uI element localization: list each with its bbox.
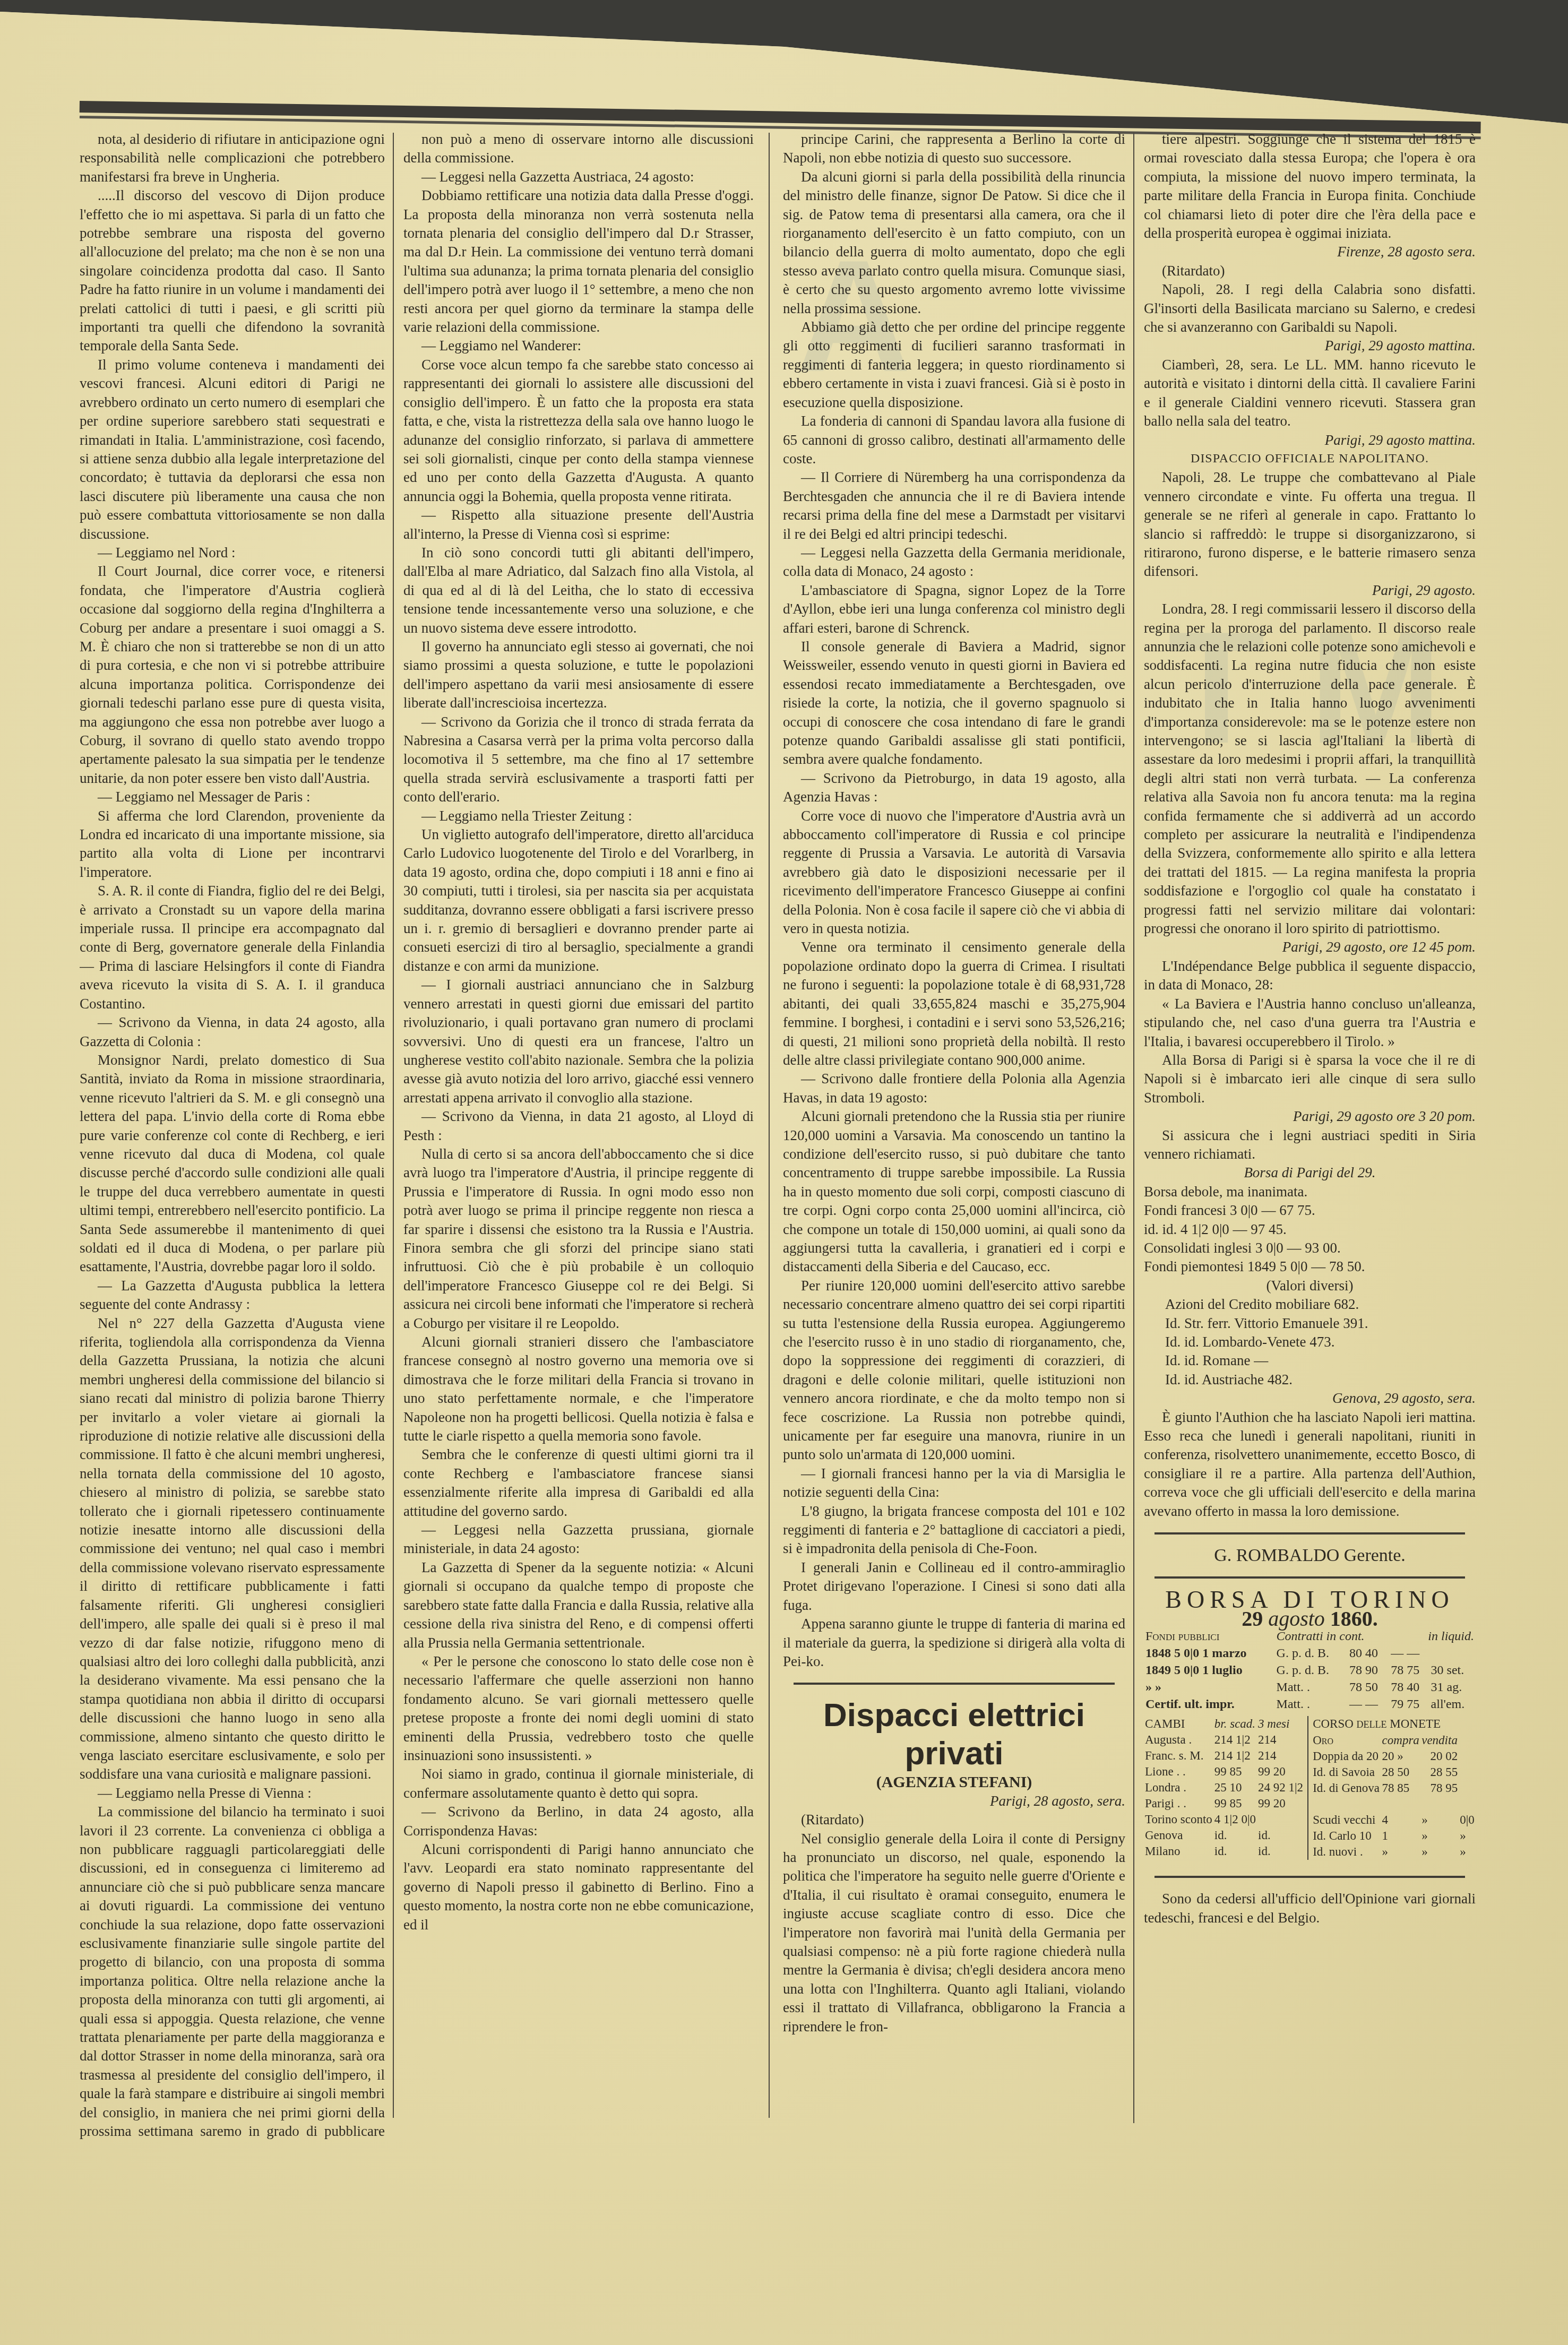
cambi-row-tre: 214 bbox=[1257, 1732, 1304, 1748]
date-day: 29 bbox=[1242, 1607, 1263, 1631]
article-paragraph: Alla Borsa di Parigi si è sparsa la voce… bbox=[1144, 1051, 1476, 1107]
fondi-row: Certif. ult. impr.Matt. .— —79 75all'em. bbox=[1144, 1696, 1476, 1713]
monete-row-vendita: 78 95 bbox=[1420, 1780, 1459, 1796]
cambi-row-br: id. bbox=[1213, 1827, 1257, 1843]
genova-body: È giunto l'Authion che ha lasciato Napol… bbox=[1144, 1408, 1476, 1521]
borsa-parigi-row: Consolidati inglesi 3 0|0 — 93 00. bbox=[1144, 1239, 1476, 1257]
borsa-parigi-status: Borsa debole, ma inanimata. bbox=[1144, 1183, 1476, 1201]
article-paragraph: Sembra che le conferenze di questi ultim… bbox=[403, 1445, 754, 1521]
aggio-row-name: Scudi vecchi bbox=[1312, 1812, 1381, 1828]
article-paragraph: — Rispetto alla situazione presente dell… bbox=[403, 506, 754, 544]
section-rule bbox=[1155, 1876, 1465, 1878]
fondi-row-fondo: Certif. ult. impr. bbox=[1144, 1696, 1275, 1713]
fondi-row: » »Matt. .78 5078 4031 ag. bbox=[1144, 1679, 1476, 1696]
cambi-row-tre bbox=[1257, 1812, 1304, 1827]
fondi-pubblici-table: Fondi pubblici Contratti in cont. in liq… bbox=[1144, 1628, 1476, 1713]
article-paragraph: Alcuni corrispondenti di Parigi hanno an… bbox=[403, 1840, 754, 1934]
column-divider bbox=[769, 133, 770, 2118]
fondi-row-liquid: — — bbox=[1389, 1645, 1429, 1662]
fondi-row: 1849 5 0|0 1 luglioG. p. d. B.78 9078 75… bbox=[1144, 1662, 1476, 1679]
valori-row-label: Azioni del Credito mobiliare bbox=[1165, 1296, 1330, 1312]
dispacci-dateline: Parigi, 28 agosto, sera. bbox=[783, 1792, 1125, 1811]
article-paragraph: Napoli, 28. I regi della Calabria sono d… bbox=[1144, 280, 1476, 337]
fondi-row-tipo: G. p. d. B. bbox=[1275, 1645, 1348, 1662]
monete-row-vendita: 20 02 bbox=[1420, 1748, 1459, 1764]
article-paragraph: — Scrivono da Vienna, in data 21 agosto,… bbox=[403, 1107, 754, 1145]
aggio-row: Id. Carlo 101»» bbox=[1312, 1828, 1476, 1844]
monete-row: Doppia da 2020 »20 02 bbox=[1312, 1748, 1476, 1764]
fondi-row-liquid: 78 40 bbox=[1389, 1679, 1429, 1696]
borsa-parigi-rows: Fondi francesi 3 0|0 — 67 75.id. id. 4 1… bbox=[1144, 1201, 1476, 1277]
fondi-row-scad: all'em. bbox=[1429, 1696, 1476, 1713]
valori-row: Id. id. Austriache 482. bbox=[1144, 1370, 1476, 1389]
section-rule bbox=[1155, 1532, 1465, 1534]
fondi-row: 1848 5 0|0 1 marzoG. p. d. B.80 40— — bbox=[1144, 1645, 1476, 1662]
monete-table-wrap: CORSO DELLE MONETE Oro compra vendita Do… bbox=[1308, 1716, 1476, 1860]
article-paragraph: Abbiamo già detto che per ordine del pri… bbox=[783, 318, 1125, 412]
valori-row-value: 391. bbox=[1343, 1315, 1368, 1331]
article-paragraph: — Scrivono da Gorizia che il tronco di s… bbox=[403, 713, 754, 807]
fondi-row-cont: 78 90 bbox=[1348, 1662, 1389, 1679]
aggio-row-name: Id. nuovi . bbox=[1312, 1844, 1381, 1860]
fondi-row-fondo: 1848 5 0|0 1 marzo bbox=[1144, 1645, 1275, 1662]
aggio-row-c: » bbox=[1459, 1828, 1476, 1844]
fondi-row-scad: 31 ag. bbox=[1429, 1679, 1476, 1696]
article-paragraph: principe Carini, che rappresenta a Berli… bbox=[783, 130, 1125, 168]
header-liquid: in liquid. bbox=[1389, 1628, 1476, 1645]
article-paragraph: Un viglietto autografo dell'imperatore, … bbox=[403, 825, 754, 976]
article-paragraph: (Ritardato) bbox=[1144, 262, 1476, 280]
cambi-row-piazza: Parigi . . bbox=[1144, 1796, 1213, 1812]
dateline: Parigi, 29 agosto. bbox=[1144, 581, 1476, 600]
article-paragraph: — I giornali austriaci annunciano che in… bbox=[403, 976, 754, 1107]
cambi-row-tre: id. bbox=[1257, 1843, 1304, 1859]
article-paragraph: Monsignor Nardi, prelato domestico di Su… bbox=[80, 1051, 385, 1277]
cambi-row-br: 25 10 bbox=[1213, 1780, 1257, 1796]
cambi-row-br: 214 1|2 bbox=[1213, 1732, 1257, 1748]
article-paragraph: Dobbiamo rettificare una notizia data da… bbox=[403, 186, 754, 337]
fondi-row-cont: 80 40 bbox=[1348, 1645, 1389, 1662]
cambi-row: Milanoid.id. bbox=[1144, 1843, 1304, 1859]
article-paragraph: .....Il discorso del vescovo di Dijon pr… bbox=[80, 186, 385, 356]
cambi-monete-block: CAMBI br. scad. 3 mesi Augusta .214 1|22… bbox=[1144, 1716, 1476, 1860]
monete-row-compra: 28 50 bbox=[1381, 1764, 1421, 1780]
fondi-row-scad bbox=[1429, 1645, 1476, 1662]
cambi-row-br: id. bbox=[1213, 1843, 1257, 1859]
article-paragraph: nota, al desiderio di rifiutare in antic… bbox=[80, 130, 385, 186]
monete-row-vendita: 28 55 bbox=[1420, 1764, 1459, 1780]
agency-label: (AGENZIA STEFANI) bbox=[783, 1773, 1125, 1791]
borsa-parigi-row-label: Fondi piemontesi 1849 5 0|0 bbox=[1144, 1258, 1307, 1274]
borsa-parigi-row: id. id. 4 1|2 0|0 — 97 45. bbox=[1144, 1220, 1476, 1239]
genova-dateline: Genova, 29 agosto, sera. bbox=[1144, 1389, 1476, 1408]
aggio-row-c: 0|0 bbox=[1459, 1812, 1476, 1828]
aggio-row-b: » bbox=[1420, 1844, 1459, 1860]
column-3: principe Carini, che rappresenta a Berli… bbox=[783, 130, 1125, 2143]
monete-row-name: Doppia da 20 bbox=[1312, 1748, 1381, 1764]
article-paragraph: tiere alpestri. Soggiunge che il sistema… bbox=[1144, 130, 1476, 243]
monete-row: Id. di Savoia28 5028 55 bbox=[1312, 1764, 1476, 1780]
cambi-row-piazza: Milano bbox=[1144, 1843, 1213, 1859]
cambi-table: CAMBI br. scad. 3 mesi Augusta .214 1|22… bbox=[1144, 1716, 1304, 1859]
column-1: nota, al desiderio di rifiutare in antic… bbox=[80, 130, 385, 2143]
cambi-row-tre: 214 bbox=[1257, 1748, 1304, 1764]
dispacci-body: Nel consiglio generale della Loira il co… bbox=[783, 1830, 1125, 2036]
aggio-row-b: » bbox=[1420, 1828, 1459, 1844]
monete-title-a: CORSO bbox=[1313, 1717, 1354, 1730]
section-heading: DISPACCIO OFFICIALE NAPOLITANO. bbox=[1144, 450, 1476, 468]
cambi-row-piazza: Genova bbox=[1144, 1827, 1213, 1843]
article-paragraph: Appena saranno giunte le truppe di fante… bbox=[783, 1615, 1125, 1671]
date-year: 1860. bbox=[1330, 1607, 1378, 1631]
article-paragraph: — I giornali francesi hanno per la via d… bbox=[783, 1464, 1125, 1502]
article-paragraph: — Leggiamo nel Wanderer: bbox=[403, 337, 754, 355]
header-fondi: Fondi pubblici bbox=[1144, 1628, 1275, 1645]
fondi-row-scad: 30 set. bbox=[1429, 1662, 1476, 1679]
aggio-row: Id. nuovi .»»» bbox=[1312, 1844, 1476, 1860]
article-paragraph: L'ambasciatore di Spagna, signor Lopez d… bbox=[783, 581, 1125, 637]
article-paragraph: Da alcuni giorni si parla della possibil… bbox=[783, 168, 1125, 318]
fondi-row-cont: 78 50 bbox=[1348, 1679, 1389, 1696]
article-paragraph: Il governo ha annunciato egli stesso ai … bbox=[403, 637, 754, 713]
article-paragraph: — Leggesi nella Gazzetta della Germania … bbox=[783, 544, 1125, 581]
fondi-row-tipo: Matt. . bbox=[1275, 1679, 1348, 1696]
column-3-articles: principe Carini, che rappresenta a Berli… bbox=[783, 130, 1125, 1671]
monete-table: CORSO DELLE MONETE Oro compra vendita Do… bbox=[1312, 1716, 1476, 1860]
article-paragraph: — Leggiamo nel Nord : bbox=[80, 544, 385, 562]
monete-header-vendita: vendita bbox=[1420, 1732, 1459, 1748]
article-paragraph: Corse voce alcun tempo fa che sarebbe st… bbox=[403, 356, 754, 506]
article-paragraph: Nulla di certo si sa ancora dell'abbocca… bbox=[403, 1145, 754, 1333]
dateline: Parigi, 29 agosto mattina. bbox=[1144, 431, 1476, 450]
article-paragraph: Si assicura che i legni austriaci spedit… bbox=[1144, 1126, 1476, 1164]
cambi-row-br: 4 1|2 0|0 bbox=[1213, 1812, 1257, 1827]
ritardato-note: (Ritardato) bbox=[783, 1811, 1125, 1829]
aggio-row-a: 4 bbox=[1381, 1812, 1421, 1828]
borsa-parigi-row: Fondi francesi 3 0|0 — 67 75. bbox=[1144, 1201, 1476, 1220]
cambi-row-br: 99 85 bbox=[1213, 1764, 1257, 1780]
fondi-row-cont: — — bbox=[1348, 1696, 1389, 1713]
article-paragraph: — La Gazzetta d'Augusta pubblica la lett… bbox=[80, 1277, 385, 1314]
article-paragraph: non può a meno di osservare intorno alle… bbox=[403, 130, 754, 168]
section-rule bbox=[794, 1683, 1115, 1685]
article-paragraph: — Leggiamo nella Triester Zeitung : bbox=[403, 807, 754, 825]
aggio-row-b: » bbox=[1420, 1812, 1459, 1828]
article-paragraph: Napoli, 28. Le truppe che combattevano a… bbox=[1144, 468, 1476, 581]
article-paragraph: Alcuni giornali pretendono che la Russia… bbox=[783, 1107, 1125, 1277]
fondi-row-fondo: 1849 5 0|0 1 luglio bbox=[1144, 1662, 1275, 1679]
cambi-header-3mesi: 3 mesi bbox=[1257, 1716, 1304, 1732]
aggio-row-a: 1 bbox=[1381, 1828, 1421, 1844]
article-paragraph: S. A. R. il conte di Fiandra, figlio del… bbox=[80, 882, 385, 1013]
fondi-row-fondo: » » bbox=[1144, 1679, 1275, 1696]
valori-row-value: 682. bbox=[1334, 1296, 1359, 1312]
article-paragraph: — Leggiamo nel Messager de Paris : bbox=[80, 788, 385, 806]
borsa-parigi-row-label: Fondi francesi 3 0|0 bbox=[1144, 1202, 1258, 1218]
fondi-row-tipo: Matt. . bbox=[1275, 1696, 1348, 1713]
gerente-signature: G. ROMBALDO Gerente. bbox=[1144, 1546, 1476, 1565]
borsa-parigi-row-value: 78 50. bbox=[1329, 1258, 1365, 1274]
valori-row-label: Id. Str. ferr. Vittorio Emanuele bbox=[1165, 1315, 1340, 1331]
cambi-row-tre: id. bbox=[1257, 1827, 1304, 1843]
notice-text: Sono da cedersi all'ufficio dell'Opinion… bbox=[1144, 1890, 1476, 1927]
monete-title-b: DELLE bbox=[1357, 1719, 1387, 1730]
article-paragraph: Nel n° 227 della Gazzetta d'Augusta vien… bbox=[80, 1314, 385, 1784]
cambi-row: Genovaid.id. bbox=[1144, 1827, 1304, 1843]
article-paragraph: « Per le persone che conoscono lo stato … bbox=[403, 1652, 754, 1765]
article-paragraph: Il console generale di Baviera a Madrid,… bbox=[783, 637, 1125, 769]
cambi-row-br: 214 1|2 bbox=[1213, 1748, 1257, 1764]
borsa-parigi-row-label: Consolidati inglesi 3 0|0 bbox=[1144, 1240, 1283, 1256]
article-paragraph: — Scrivono da Vienna, in data 24 agosto,… bbox=[80, 1013, 385, 1051]
borsa-parigi-row-value: 97 45. bbox=[1251, 1221, 1287, 1237]
borsa-parigi-row-value: 93 00. bbox=[1305, 1240, 1341, 1256]
monete-row-compra: 78 85 bbox=[1381, 1780, 1421, 1796]
cambi-row: Lione . .99 8599 20 bbox=[1144, 1764, 1304, 1780]
monete-title-c: MONETE bbox=[1390, 1717, 1441, 1730]
valori-row-label: Id. id. Lombardo-Venete bbox=[1165, 1334, 1306, 1350]
article-paragraph: — Scrivono da Pietroburgo, in data 19 ag… bbox=[783, 769, 1125, 807]
section-rule bbox=[1155, 1576, 1465, 1579]
column-4-dispatches: tiere alpestri. Soggiunge che il sistema… bbox=[1144, 130, 1476, 1183]
dateline: Firenze, 28 agosto sera. bbox=[1144, 243, 1476, 261]
monete-header-oro: Oro bbox=[1312, 1732, 1381, 1748]
dateline: Parigi, 29 agosto, ore 12 45 pom. bbox=[1144, 938, 1476, 956]
borsa-parigi-row-value: 67 75. bbox=[1279, 1202, 1315, 1218]
valori-row: Azioni del Credito mobiliare 682. bbox=[1144, 1295, 1476, 1314]
valori-row: Id. id. Romane — bbox=[1144, 1351, 1476, 1370]
cambi-row-piazza: Augusta . bbox=[1144, 1732, 1213, 1748]
article-paragraph: « La Baviera e l'Austria hanno concluso … bbox=[1144, 995, 1476, 1051]
article-paragraph: Borsa di Parigi del 29. bbox=[1144, 1163, 1476, 1182]
article-paragraph: Per riunire 120,000 uomini dell'esercito… bbox=[783, 1277, 1125, 1464]
article-paragraph: Il Court Journal, dice correr voce, e ri… bbox=[80, 562, 385, 788]
article-paragraph: Noi siamo in grado, continua il giornale… bbox=[403, 1765, 754, 1803]
fondi-row-liquid: 78 75 bbox=[1389, 1662, 1429, 1679]
aggio-row-a: » bbox=[1381, 1844, 1421, 1860]
cambi-row: Augusta .214 1|2214 bbox=[1144, 1732, 1304, 1748]
cambi-row-piazza: Torino sconto bbox=[1144, 1812, 1213, 1827]
cambi-row-piazza: Lione . . bbox=[1144, 1764, 1213, 1780]
valori-row-value: 473. bbox=[1309, 1334, 1334, 1350]
dispacci-heading: Dispacci elettrici privati bbox=[783, 1696, 1125, 1773]
article-paragraph: — Scrivono dalle frontiere della Polonia… bbox=[783, 1070, 1125, 1107]
cambi-row-tre: 99 20 bbox=[1257, 1796, 1304, 1812]
column-4: tiere alpestri. Soggiunge che il sistema… bbox=[1144, 130, 1476, 2281]
fondi-row-liquid: 79 75 bbox=[1389, 1696, 1429, 1713]
cambi-row-tre: 99 20 bbox=[1257, 1764, 1304, 1780]
monete-header-compra: compra bbox=[1381, 1732, 1421, 1748]
valori-diversi-heading: (Valori diversi) bbox=[1144, 1277, 1476, 1295]
article-paragraph: Il primo volume conteneva i mandamenti d… bbox=[80, 356, 385, 544]
article-paragraph: In ciò sono concordi tutti gli abitanti … bbox=[403, 544, 754, 637]
aggio-row-name: Id. Carlo 10 bbox=[1312, 1828, 1381, 1844]
valori-row-value: — bbox=[1254, 1352, 1268, 1368]
monete-row-compra: 20 » bbox=[1381, 1748, 1421, 1764]
article-paragraph: L'8 giugno, la brigata francese composta… bbox=[783, 1502, 1125, 1558]
article-paragraph: — Leggesi nella Gazzetta prussiana, gior… bbox=[403, 1521, 754, 1558]
cambi-row-piazza: Franc. s. M. bbox=[1144, 1748, 1213, 1764]
monete-row: Id. di Genova78 8578 95 bbox=[1312, 1780, 1476, 1796]
aggio-row: Scudi vecchi4»0|0 bbox=[1312, 1812, 1476, 1828]
column-divider bbox=[1133, 133, 1134, 2123]
article-paragraph: — Leggiamo nella Presse di Vienna : bbox=[80, 1784, 385, 1803]
article-paragraph: — Scrivono da Berlino, in data 24 agosto… bbox=[403, 1803, 754, 1840]
valori-row-label: Id. id. Austriache bbox=[1165, 1372, 1264, 1387]
valori-row: Id. Str. ferr. Vittorio Emanuele 391. bbox=[1144, 1314, 1476, 1333]
article-paragraph: Corre voce di nuovo che l'imperatore d'A… bbox=[783, 807, 1125, 938]
dateline: Parigi, 29 agosto ore 3 20 pom. bbox=[1144, 1107, 1476, 1126]
cambi-row-br: 99 85 bbox=[1213, 1796, 1257, 1812]
article-paragraph: Si afferma che lord Clarendon, provenien… bbox=[80, 807, 385, 882]
valori-diversi-rows: Azioni del Credito mobiliare 682.Id. Str… bbox=[1144, 1295, 1476, 1389]
article-paragraph: I generali Janin e Collineau ed il contr… bbox=[783, 1558, 1125, 1615]
article-paragraph: L'Indépendance Belge pubblica il seguent… bbox=[1144, 957, 1476, 995]
cambi-header: CAMBI bbox=[1144, 1716, 1213, 1732]
column-2: non può a meno di osservare intorno alle… bbox=[403, 130, 754, 2143]
article-paragraph: Londra, 28. I regi commissarii lessero i… bbox=[1144, 600, 1476, 938]
cambi-header-br: br. scad. bbox=[1213, 1716, 1257, 1732]
cambi-row: Parigi . .99 8599 20 bbox=[1144, 1796, 1304, 1812]
article-paragraph: — Il Corriere di Nüremberg ha una corris… bbox=[783, 468, 1125, 544]
valori-row: Id. id. Lombardo-Venete 473. bbox=[1144, 1333, 1476, 1351]
monete-row-name: Id. di Genova bbox=[1312, 1780, 1381, 1796]
valori-row-value: 482. bbox=[1268, 1372, 1293, 1387]
article-paragraph: Ciamberì, 28, sera. Le LL. MM. hanno ric… bbox=[1144, 356, 1476, 431]
cambi-table-wrap: CAMBI br. scad. 3 mesi Augusta .214 1|22… bbox=[1144, 1716, 1308, 1860]
borsa-parigi-row: Fondi piemontesi 1849 5 0|0 — 78 50. bbox=[1144, 1257, 1476, 1276]
header-contratti: Contratti in cont. bbox=[1275, 1628, 1390, 1645]
cambi-row: Torino sconto4 1|2 0|0 bbox=[1144, 1812, 1304, 1827]
borsa-parigi-row-label: id. id. 4 1|2 0|0 bbox=[1144, 1221, 1229, 1237]
dateline: Parigi, 29 agosto mattina. bbox=[1144, 337, 1476, 355]
article-paragraph: Alcuni giornali stranieri dissero che l'… bbox=[403, 1333, 754, 1445]
date-month: agosto bbox=[1268, 1607, 1325, 1631]
monete-row-name: Id. di Savoia bbox=[1312, 1764, 1381, 1780]
column-divider bbox=[393, 133, 394, 2118]
cambi-row-tre: 24 92 1|2 bbox=[1257, 1780, 1304, 1796]
cambi-row: Franc. s. M.214 1|2214 bbox=[1144, 1748, 1304, 1764]
article-paragraph: Venne ora terminato il censimento genera… bbox=[783, 938, 1125, 1070]
cambi-row: Londra .25 1024 92 1|2 bbox=[1144, 1780, 1304, 1796]
fondi-row-tipo: G. p. d. B. bbox=[1275, 1662, 1348, 1679]
article-paragraph: La Gazzetta di Spener da la seguente not… bbox=[403, 1558, 754, 1652]
article-paragraph: — Leggesi nella Gazzetta Austriaca, 24 a… bbox=[403, 168, 754, 186]
article-paragraph: La commissione del bilancio ha terminato… bbox=[80, 1803, 385, 2143]
article-paragraph: La fonderia di cannoni di Spandau lavora… bbox=[783, 412, 1125, 468]
cambi-row-piazza: Londra . bbox=[1144, 1780, 1213, 1796]
valori-row-label: Id. id. Romane bbox=[1165, 1352, 1250, 1368]
monete-title: CORSO DELLE MONETE bbox=[1312, 1716, 1459, 1732]
aggio-row-c: » bbox=[1459, 1844, 1476, 1860]
